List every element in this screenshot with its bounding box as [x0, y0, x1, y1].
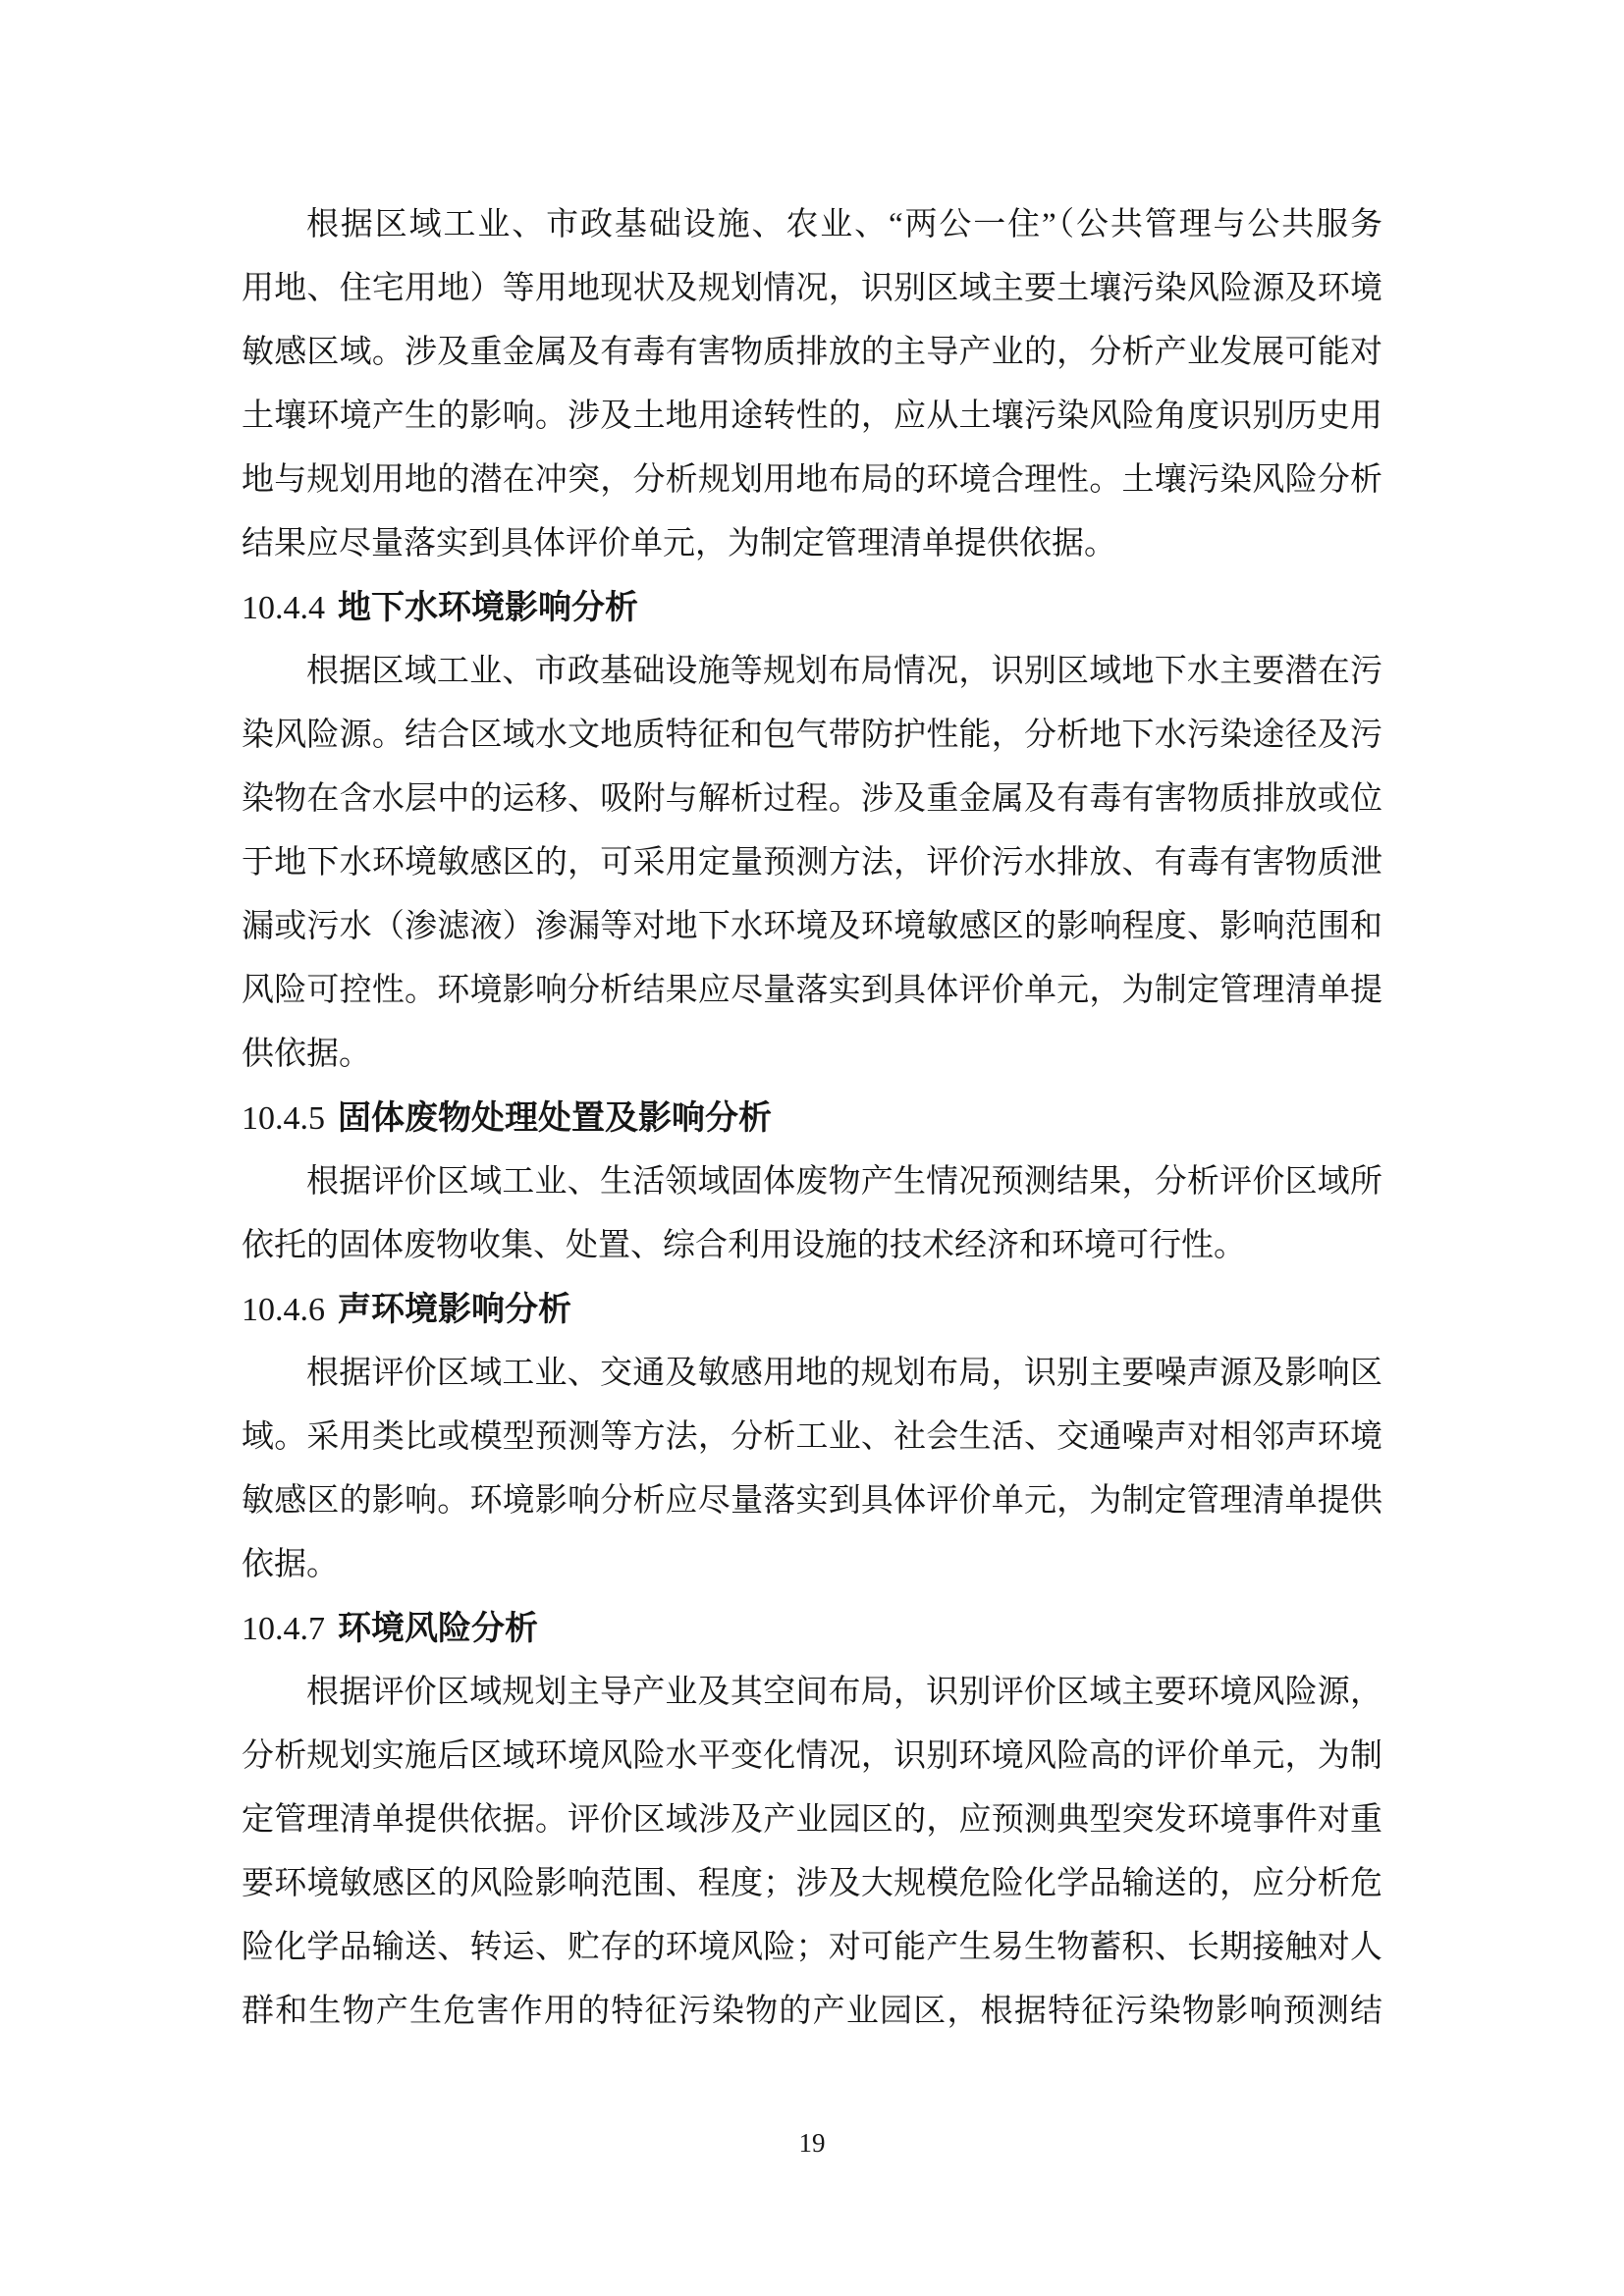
paragraph-soil-line: 根据区域工业、市政基础设施、农业、“两公一住”（公共管理与公共服务	[242, 193, 1382, 257]
section-number: 10.4.7	[242, 1611, 325, 1647]
section-number: 10.4.4	[242, 590, 325, 626]
page-number: 19	[0, 2123, 1624, 2163]
paragraph-noise-line: 敏感区的影响。环境影响分析应尽量落实到具体评价单元，为制定管理清单提供	[242, 1469, 1382, 1533]
paragraph-groundwater-line: 于地下水环境敏感区的，可采用定量预测方法，评价污水排放、有毒有害物质泄	[242, 831, 1382, 895]
paragraph-noise-line: 依据。	[242, 1533, 1382, 1597]
paragraph-groundwater-line: 染风险源。结合区域水文地质特征和包气带防护性能，分析地下水污染途径及污	[242, 704, 1382, 768]
paragraph-groundwater-line: 根据区域工业、市政基础设施等规划布局情况，识别区域地下水主要潜在污	[242, 640, 1382, 704]
paragraph-risk-line: 要环境敏感区的风险影响范围、程度；涉及大规模危险化学品输送的，应分析危	[242, 1852, 1382, 1916]
paragraph-risk-line: 险化学品输送、转运、贮存的环境风险；对可能产生易生物蓄积、长期接触对人	[242, 1916, 1382, 1980]
section-heading-10-4-6: 10.4.6声环境影响分析	[242, 1278, 1382, 1342]
paragraph-soil-line: 结果应尽量落实到具体评价单元，为制定管理清单提供依据。	[242, 512, 1382, 576]
section-heading-10-4-4: 10.4.4地下水环境影响分析	[242, 576, 1382, 640]
section-heading-10-4-7: 10.4.7环境风险分析	[242, 1597, 1382, 1661]
paragraph-soil-line: 地与规划用地的潜在冲突，分析规划用地布局的环境合理性。土壤污染风险分析	[242, 449, 1382, 512]
paragraph-risk-line: 定管理清单提供依据。评价区域涉及产业园区的，应预测典型突发环境事件对重	[242, 1789, 1382, 1852]
section-title: 地下水环境影响分析	[338, 589, 638, 626]
paragraph-soil-line: 用地、住宅用地）等用地现状及规划情况，识别区域主要土壤污染风险源及环境	[242, 257, 1382, 321]
section-number: 10.4.6	[242, 1292, 325, 1328]
paragraph-risk-line: 根据评价区域规划主导产业及其空间布局，识别评价区域主要环境风险源，	[242, 1661, 1382, 1725]
paragraph-soil-line: 土壤环境产生的影响。涉及土地用途转性的，应从土壤污染风险角度识别历史用	[242, 385, 1382, 449]
document-page: 根据区域工业、市政基础设施、农业、“两公一住”（公共管理与公共服务 用地、住宅用…	[0, 0, 1624, 2296]
section-title: 固体废物处理处置及影响分析	[338, 1099, 772, 1137]
section-heading-10-4-5: 10.4.5固体废物处理处置及影响分析	[242, 1087, 1382, 1150]
paragraph-solidwaste-line: 依托的固体废物收集、处置、综合利用设施的技术经济和环境可行性。	[242, 1214, 1382, 1278]
section-number: 10.4.5	[242, 1100, 325, 1137]
paragraph-solidwaste-line: 根据评价区域工业、生活领域固体废物产生情况预测结果，分析评价区域所	[242, 1150, 1382, 1214]
paragraph-risk-line: 分析规划实施后区域环境风险水平变化情况，识别环境风险高的评价单元，为制	[242, 1725, 1382, 1789]
paragraph-noise-line: 域。采用类比或模型预测等方法，分析工业、社会生活、交通噪声对相邻声环境	[242, 1406, 1382, 1469]
paragraph-soil-line: 敏感区域。涉及重金属及有毒有害物质排放的主导产业的，分析产业发展可能对	[242, 321, 1382, 385]
section-title: 声环境影响分析	[338, 1291, 571, 1328]
paragraph-groundwater-line: 漏或污水（渗滤液）渗漏等对地下水环境及环境敏感区的影响程度、影响范围和	[242, 895, 1382, 959]
paragraph-groundwater-line: 风险可控性。环境影响分析结果应尽量落实到具体评价单元，为制定管理清单提	[242, 959, 1382, 1023]
paragraph-noise-line: 根据评价区域工业、交通及敏感用地的规划布局，识别主要噪声源及影响区	[242, 1342, 1382, 1406]
text-block: 根据区域工业、市政基础设施、农业、“两公一住”（公共管理与公共服务 用地、住宅用…	[242, 193, 1382, 2044]
paragraph-risk-line: 群和生物产生危害作用的特征污染物的产业园区，根据特征污染物影响预测结	[242, 1980, 1382, 2044]
section-title: 环境风险分析	[338, 1610, 538, 1647]
paragraph-groundwater-line: 供依据。	[242, 1023, 1382, 1087]
paragraph-groundwater-line: 染物在含水层中的运移、吸附与解析过程。涉及重金属及有毒有害物质排放或位	[242, 768, 1382, 831]
